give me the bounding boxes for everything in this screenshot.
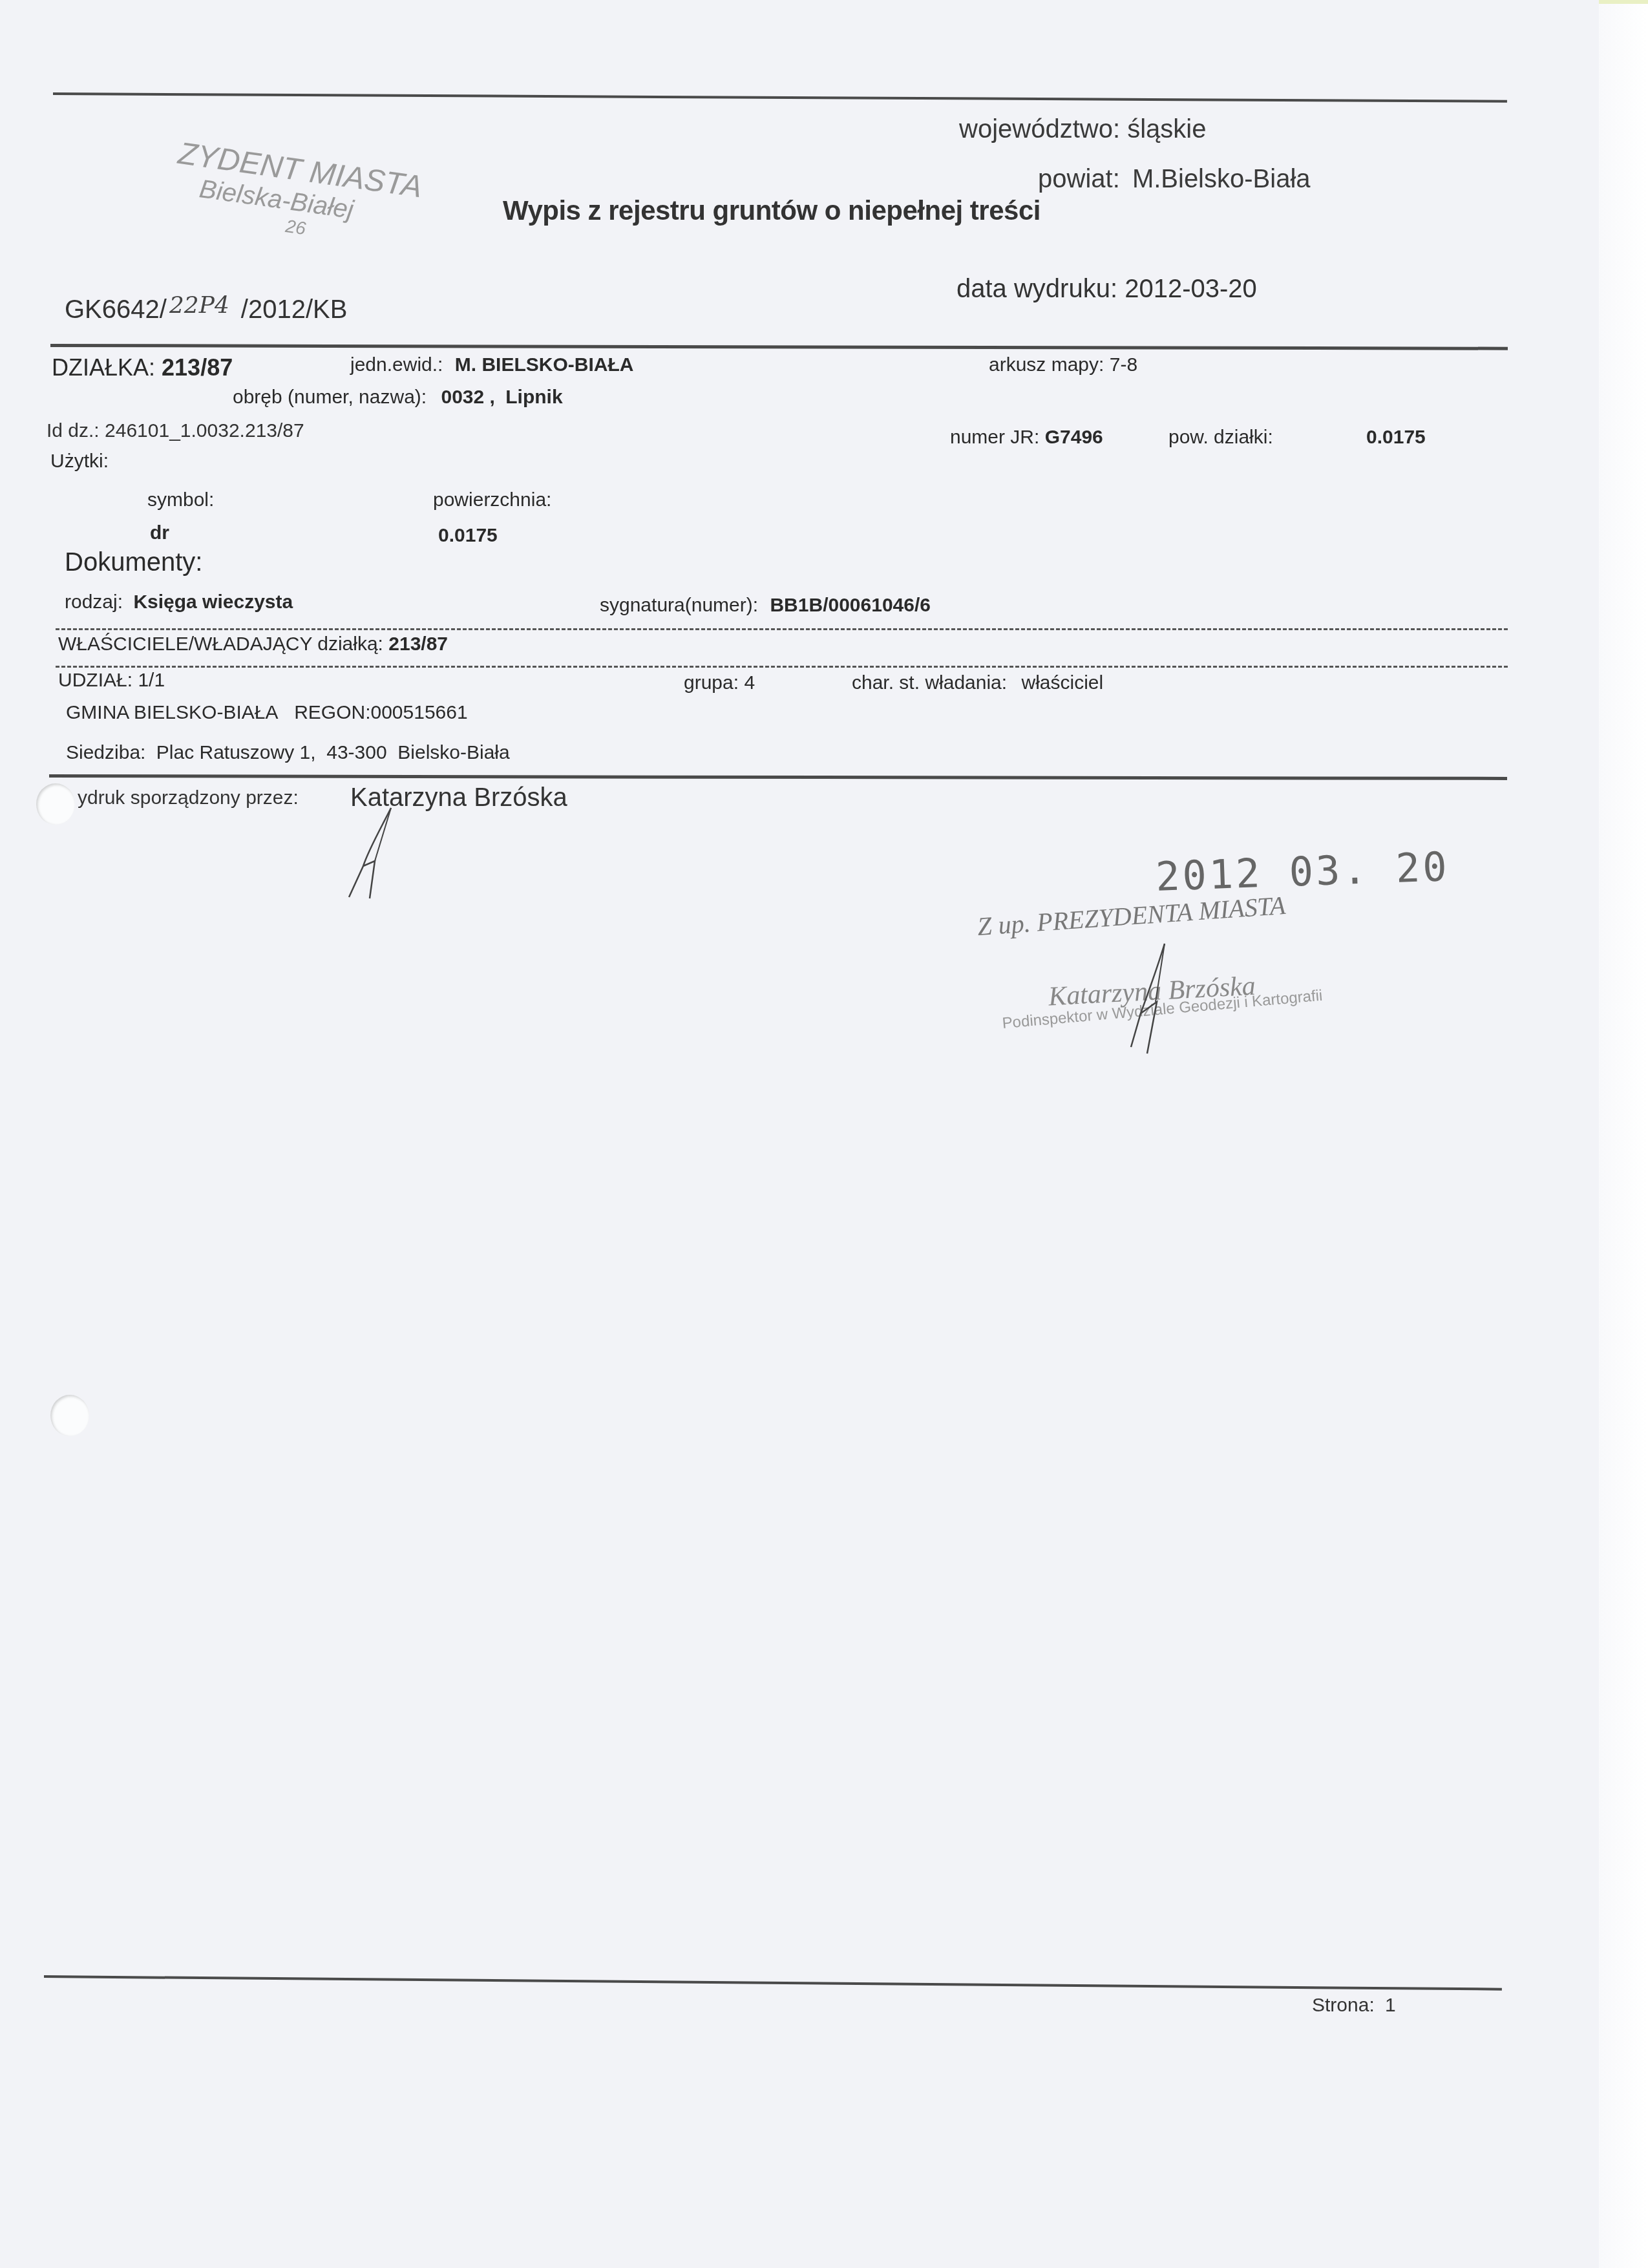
print-date-label: data wydruku: xyxy=(956,275,1117,303)
pow-dzialki-label: pow. działki: xyxy=(1168,427,1273,449)
documents-heading: Dokumenty: xyxy=(65,548,202,577)
udzial-value: 1/1 xyxy=(138,670,165,691)
parcel-label: DZIAŁKA: xyxy=(52,354,155,381)
uzytki-label: Użytki: xyxy=(50,450,109,472)
jedn-ewid: jedn.ewid.: M. BIELSKO-BIAŁA xyxy=(350,354,633,376)
obreb-name: Lipnik xyxy=(505,387,562,408)
parcel-id: Id dz.: 246101_1.0032.213/87 xyxy=(47,420,304,442)
signature-mark-2 xyxy=(1112,937,1189,1066)
dotted-divider-1 xyxy=(56,628,1508,630)
rodzaj-label: rodzaj: xyxy=(65,591,123,613)
arkusz-value: 7-8 xyxy=(1110,354,1137,376)
parcel-id-value: 246101_1.0032.213/87 xyxy=(105,420,304,441)
wojewodztwo-value: śląskie xyxy=(1127,115,1206,143)
char-value: właściciel xyxy=(1021,672,1103,694)
owners-heading-value: 213/87 xyxy=(388,633,448,655)
powiat: powiat: M.Bielsko-Biała xyxy=(1038,165,1311,194)
owner-address: Siedziba: Plac Ratuszowy 1, 43-300 Biels… xyxy=(66,742,510,764)
punch-hole-bottom xyxy=(50,1395,89,1436)
rodzaj-value: Księga wieczysta xyxy=(133,591,293,613)
char-wladania: char. st. władania: właściciel xyxy=(852,672,1103,694)
print-date: data wydruku: 2012-03-20 xyxy=(956,275,1257,304)
uzytki-col-symbol: symbol: xyxy=(147,489,214,511)
char-label: char. st. władania: xyxy=(852,672,1007,694)
reference-prefix: GK6642/ xyxy=(65,295,167,324)
uzytki-row-symbol: dr xyxy=(150,522,169,544)
siedziba-label: Siedziba: xyxy=(66,742,145,763)
parcel-number: DZIAŁKA: 213/87 xyxy=(52,354,233,381)
page-label: Strona: xyxy=(1312,1995,1375,2016)
owners-heading: WŁAŚCICIELE/WŁADAJĄCY działką: 213/87 xyxy=(58,633,448,655)
udzial-label: UDZIAŁ: xyxy=(58,670,132,691)
document-title: Wypis z rejestru gruntów o niepełnej tre… xyxy=(503,195,1041,226)
wojewodztwo: województwo: śląskie xyxy=(959,115,1206,144)
numer-jr-value: G7496 xyxy=(1045,427,1103,448)
prepared-by-rule xyxy=(49,774,1507,780)
sygnatura-label: sygnatura(numer): xyxy=(600,595,758,616)
obreb-number: 0032 , xyxy=(441,387,495,408)
scanner-page-edge xyxy=(1599,0,1648,2268)
owner-regon: REGON:000515661 xyxy=(294,702,468,723)
arkusz-mapy: arkusz mapy: 7-8 xyxy=(989,354,1137,376)
signature-mark-1 xyxy=(323,801,414,905)
numer-jr: numer JR: G7496 xyxy=(950,427,1103,449)
uzytki-row-powierzchnia: 0.0175 xyxy=(438,525,498,547)
udzial: UDZIAŁ: 1/1 xyxy=(58,670,165,692)
page-value: 1 xyxy=(1385,1995,1396,2016)
office-stamp-top: ZYDENT MIASTA Bielska-Białej 26 xyxy=(169,136,425,255)
owners-heading-label: WŁAŚCICIELE/WŁADAJĄCY działką: xyxy=(58,633,383,655)
document-sygnatura: sygnatura(numer): BB1B/00061046/6 xyxy=(600,595,931,617)
authority-stamp: Z up. PREZYDENTA MIASTA xyxy=(977,890,1287,942)
sygnatura-value: BB1B/00061046/6 xyxy=(770,595,931,616)
jedn-ewid-label: jedn.ewid.: xyxy=(350,354,443,376)
pow-dzialki-value: 0.0175 xyxy=(1366,427,1426,449)
footer-rule xyxy=(44,1975,1502,1991)
parcel-id-label: Id dz.: xyxy=(47,420,100,441)
date-stamp: 2012 03. 20 xyxy=(1155,843,1450,900)
owner-entry: GMINA BIELSKO-BIAŁA REGON:000515661 xyxy=(66,702,468,724)
scanner-edge-tint xyxy=(1599,0,1648,4)
reference-handwritten: 22P4 xyxy=(169,292,229,319)
grupa-label: grupa: xyxy=(684,672,739,694)
document-rodzaj: rodzaj: Księga wieczysta xyxy=(65,591,293,613)
parcel-section-rule xyxy=(50,344,1508,350)
siedziba-value: Plac Ratuszowy 1, 43-300 Bielsko-Biała xyxy=(156,742,510,763)
reference-suffix: /2012/KB xyxy=(241,295,348,324)
arkusz-label: arkusz mapy: xyxy=(989,354,1104,376)
powiat-label: powiat: xyxy=(1038,165,1120,193)
prepared-by-label: ydruk sporządzony przez: xyxy=(78,787,299,809)
parcel-value: 213/87 xyxy=(162,354,233,381)
owner-name: GMINA BIELSKO-BIAŁA xyxy=(66,702,277,723)
grupa-value: 4 xyxy=(744,672,755,694)
obreb: obręb (numer, nazwa): 0032 , Lipnik xyxy=(233,387,563,408)
top-rule xyxy=(53,92,1507,103)
uzytki-col-powierzchnia: powierzchnia: xyxy=(433,489,551,511)
wojewodztwo-label: województwo: xyxy=(959,115,1120,143)
punch-hole-top xyxy=(36,783,75,825)
print-date-value: 2012-03-20 xyxy=(1125,275,1257,303)
dotted-divider-2 xyxy=(56,666,1508,668)
page-number: Strona: 1 xyxy=(1312,1995,1396,2017)
grupa: grupa: 4 xyxy=(684,672,755,694)
reference-number: GK6642/22P4/2012/KB xyxy=(65,292,347,324)
obreb-label: obręb (numer, nazwa): xyxy=(233,387,427,408)
jedn-ewid-value: M. BIELSKO-BIAŁA xyxy=(455,354,634,376)
numer-jr-label: numer JR: xyxy=(950,427,1039,448)
powiat-value: M.Bielsko-Biała xyxy=(1132,165,1311,193)
